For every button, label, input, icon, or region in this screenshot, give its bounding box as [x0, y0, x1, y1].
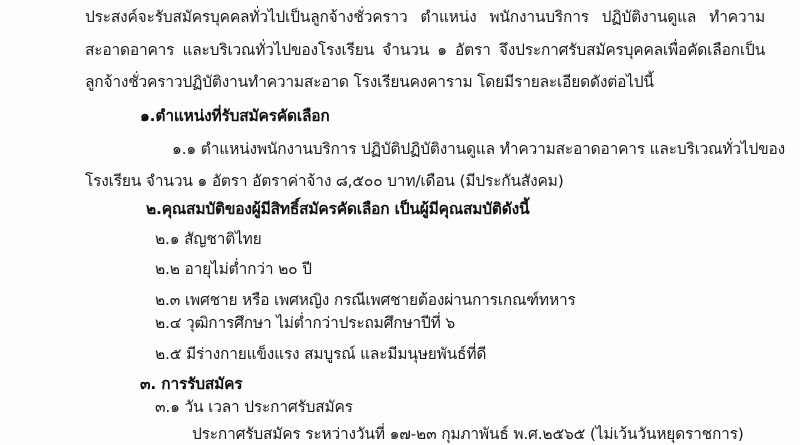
section-3-item-1-detail: ประกาศรับสมัคร ระหว่างวันที่ ๑๗-๒๓ กุมภา…: [192, 423, 744, 445]
qualification-item: ๒.๒ อายุไม่ต่ำกว่า ๒๐ ปี: [155, 258, 312, 280]
document-page: ประสงค์จะรับสมัครบุคคลทั่วไปเป็นลูกจ้างช…: [0, 0, 800, 445]
section-2-heading: ๒.คุณสมบัติของผู้มีสิทธิ์สมัครคัดเลือก เ…: [146, 198, 529, 220]
section-3-item-1: ๓.๑ วัน เวลา ประกาศรับสมัคร: [155, 396, 353, 418]
qualification-item: ๒.๓ เพศชาย หรือ เพศหญิง กรณีเพศชายต้องผ่…: [155, 289, 576, 311]
qualification-item: ๒.๑ สัญชาติไทย: [155, 228, 262, 250]
qualification-item: ๒.๔ วุฒิการศึกษา ไม่ต่ำกว่าประถมศึกษาปีท…: [155, 312, 455, 334]
section-3-heading: ๓. การรับสมัคร: [140, 373, 242, 395]
intro-line-3: ลูกจ้างชั่วคราวปฏิบัติงานทำความสะอาด โรง…: [85, 71, 654, 93]
section-1-item-1: ๑.๑ ตำแหน่งพนักงานบริการ ปฏิบัติปฏิบัติง…: [172, 138, 766, 160]
qualification-item: ๒.๕ มีร่างกายแข็งแรง สมบูรณ์ และมีมนุษยพ…: [155, 343, 486, 365]
section-1-heading: ๑.ตำแหน่งที่รับสมัครคัดเลือก: [140, 105, 330, 127]
section-1-item-1-cont: โรงเรียน จำนวน ๑ อัตรา อัตราค่าจ้าง ๘,๕๐…: [85, 170, 564, 192]
intro-line-1: ประสงค์จะรับสมัครบุคคลทั่วไปเป็นลูกจ้างช…: [85, 6, 765, 28]
intro-line-2: สะอาดอาคาร และบริเวณทั่วไปของโรงเรียน จำ…: [85, 39, 765, 61]
